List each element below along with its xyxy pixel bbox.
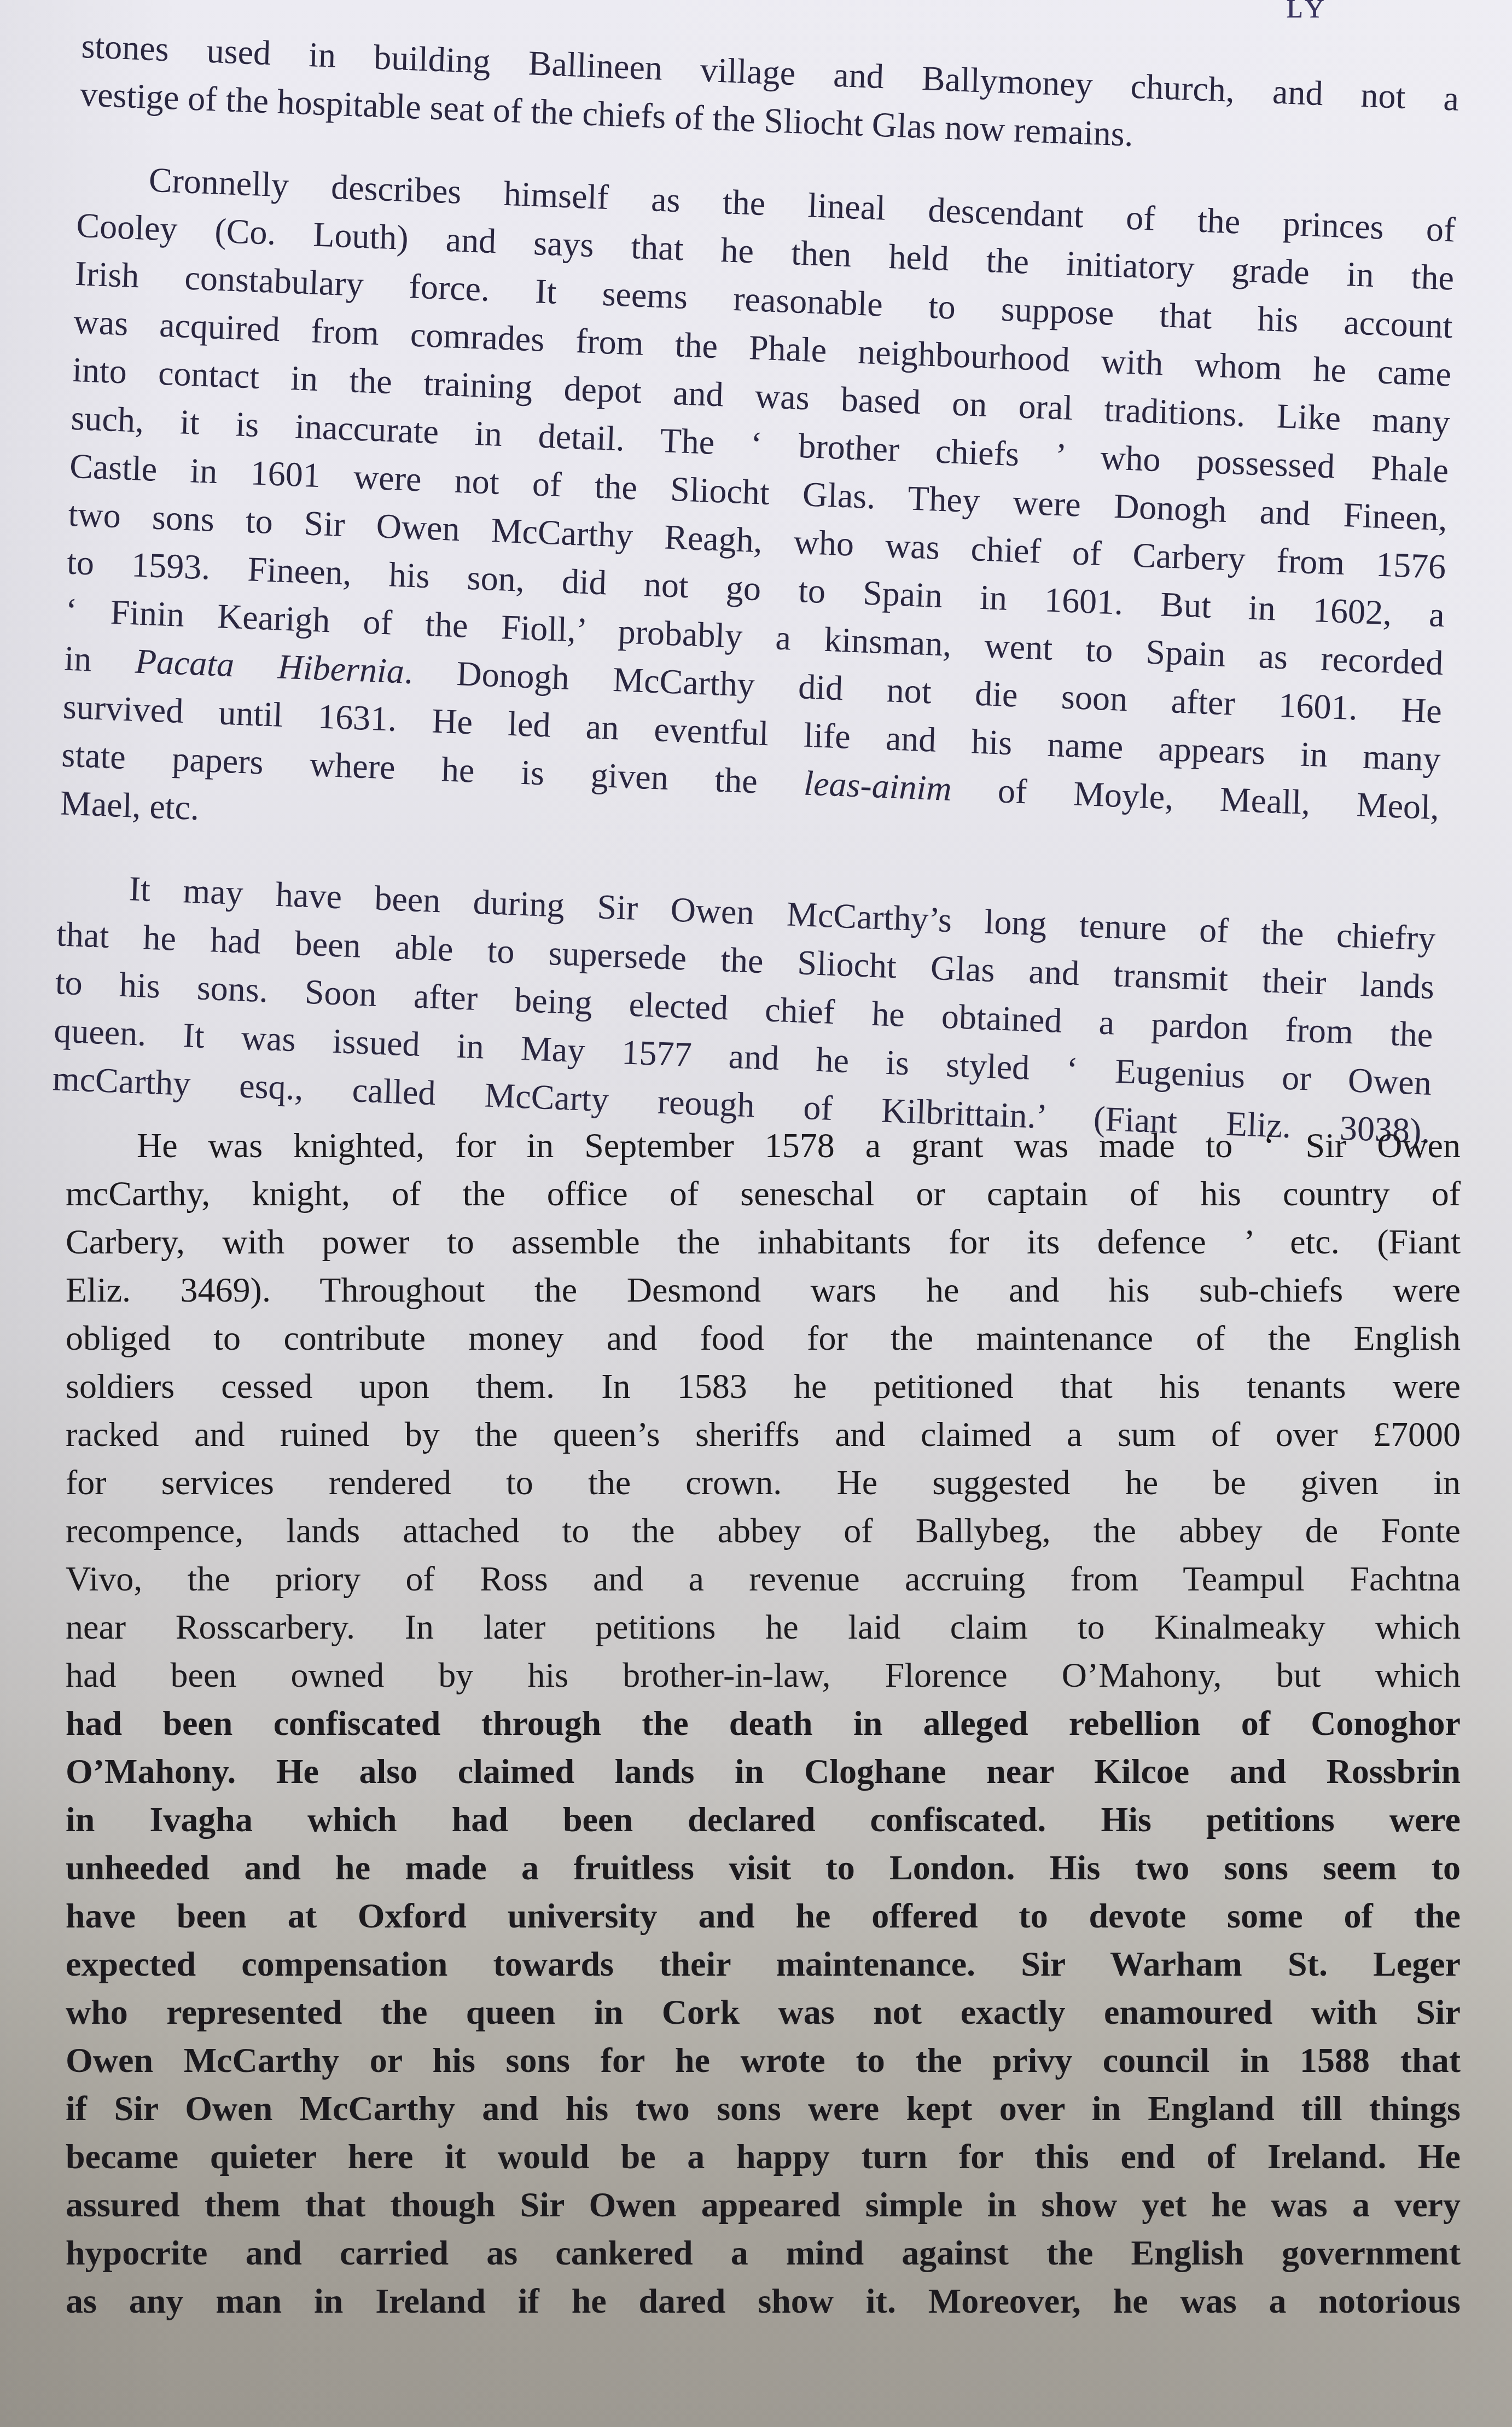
text-line: if Sir Owen McCarthy and his two sons we… xyxy=(66,2085,1461,2133)
text-line: recompence, lands attached to the abbey … xyxy=(66,1507,1461,1555)
italic-phrase: leas-ainim xyxy=(803,764,952,808)
text-line: unheeded and he made a fruitless visit t… xyxy=(66,1844,1461,1892)
text-line: racked and ruined by the queen’s sheriff… xyxy=(66,1410,1461,1459)
text-line: in Ivagha which had been declared confis… xyxy=(66,1796,1461,1844)
text-line: Vivo, the priory of Ross and a revenue a… xyxy=(66,1555,1461,1603)
upper-text-block: stones used in building Ballineen villag… xyxy=(51,22,1459,1171)
text-line: hypocrite and carried as cankered a mind… xyxy=(66,2229,1461,2277)
text-line: assured them that though Sir Owen appear… xyxy=(66,2181,1461,2229)
lower-text-block: He was knighted, for in September 1578 a… xyxy=(66,1122,1461,2341)
italic-phrase: Pacata Hibernia xyxy=(135,642,405,691)
text-line: for services rendered to the crown. He s… xyxy=(66,1459,1461,1507)
text-line: Carbery, with power to assemble the inha… xyxy=(66,1218,1461,1266)
paragraph-2: Cronnelly describes himself as the linea… xyxy=(60,153,1456,880)
text-line: became quieter here it would be a happy … xyxy=(66,2133,1461,2181)
text-line: soldiers cessed upon them. In 1583 he pe… xyxy=(66,1362,1461,1410)
text-line: near Rosscarbery. In later petitions he … xyxy=(66,1603,1461,1651)
text-line: He was knighted, for in September 1578 a… xyxy=(66,1122,1461,1170)
text-line: Owen McCarthy or his sons for he wrote t… xyxy=(66,2036,1461,2085)
text-line: obliged to contribute money and food for… xyxy=(66,1314,1461,1362)
text-line: had been owned by his brother-in-law, Fl… xyxy=(66,1651,1461,1699)
text-line: Eliz. 3469). Throughout the Desmond wars… xyxy=(66,1266,1461,1314)
paragraph-4: He was knighted, for in September 1578 a… xyxy=(66,1122,1461,2325)
text-line: O’Mahony. He also claimed lands in Clogh… xyxy=(66,1747,1461,1796)
running-head-fragment: ʟʏ xyxy=(1286,0,1326,27)
text-line: mcCarthy, knight, of the office of senes… xyxy=(66,1170,1461,1218)
text-line: who represented the queen in Cork was no… xyxy=(66,1988,1461,2036)
text-line: as any man in Ireland if he dared show i… xyxy=(66,2277,1461,2325)
text-line: had been confiscated through the death i… xyxy=(66,1699,1461,1747)
text-line: have been at Oxford university and he of… xyxy=(66,1892,1461,1940)
text-line: expected compensation towards their main… xyxy=(66,1940,1461,1988)
book-page: ʟʏ stones used in building Ballineen vil… xyxy=(0,0,1512,2427)
